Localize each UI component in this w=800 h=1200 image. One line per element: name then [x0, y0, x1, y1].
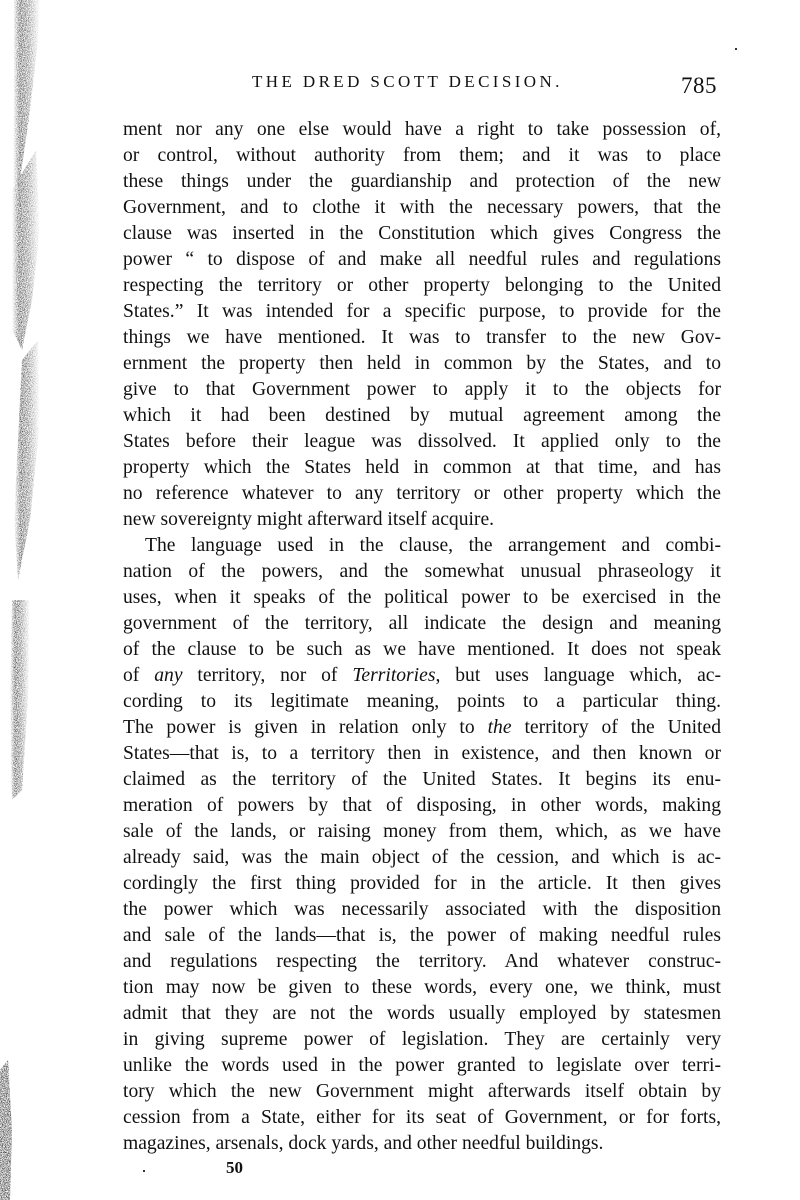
text-line: unlike the words used in the power grant…	[123, 1053, 721, 1079]
text-line: which it had been destined by mutual agr…	[123, 403, 721, 429]
text-line: ment nor any one else would have a right…	[123, 117, 721, 143]
text-line: or control, without authority from them;…	[123, 143, 721, 169]
text-line: States before their league was dissolved…	[123, 429, 721, 455]
page-gutter-shadow	[0, 0, 60, 1200]
text-line: give to that Government power to apply i…	[123, 377, 721, 403]
text-line: already said, was the main object of the…	[123, 845, 721, 871]
text-run: territory, nor of	[183, 665, 353, 686]
text-line: clause was inserted in the Constitution …	[123, 221, 721, 247]
text-line: meration of powers by that of disposing,…	[123, 793, 721, 819]
text-run: The power is given in relation only to	[123, 717, 488, 738]
text-line: of the clause to be such as we have ment…	[123, 637, 721, 663]
paragraph-1: ment nor any one else would have a right…	[123, 117, 721, 533]
text-line: in giving supreme power of legislation. …	[123, 1027, 721, 1053]
text-line: Government, and to clothe it with the ne…	[123, 195, 721, 221]
paragraph-2: The language used in the clause, the arr…	[123, 533, 721, 1157]
text-line: no reference whatever to any territory o…	[123, 481, 721, 507]
text-line: tion may now be given to these words, ev…	[123, 975, 721, 1001]
scan-speck	[143, 1170, 145, 1172]
text-run: territory of the United	[512, 717, 721, 738]
text-line: States—that is, to a territory then in e…	[123, 741, 721, 767]
text-line: States.” It was intended for a specific …	[123, 299, 721, 325]
text-line: cording to its legitimate meaning, point…	[123, 689, 721, 715]
text-line: things we have mentioned. It was to tran…	[123, 325, 721, 351]
italic-run: any	[154, 665, 182, 686]
text-line: cession from a State, either for its sea…	[123, 1105, 721, 1131]
text-line: these things under the guardianship and …	[123, 169, 721, 195]
text-line: and sale of the lands—that is, the power…	[123, 923, 721, 949]
text-line: admit that they are not the words usuall…	[123, 1001, 721, 1027]
text-line: ernment the property then held in common…	[123, 351, 721, 377]
text-line: cordingly the first thing provided for i…	[123, 871, 721, 897]
text-line: respecting the territory or other proper…	[123, 273, 721, 299]
italic-run: the	[488, 717, 512, 738]
text-line: tory which the new Government might afte…	[123, 1079, 721, 1105]
text-line: The language used in the clause, the arr…	[123, 533, 721, 559]
text-line: the power which was necessarily associat…	[123, 897, 721, 923]
text-run: , but uses language which, ac-	[435, 665, 721, 686]
scan-speck	[735, 48, 737, 50]
body-text: ment nor any one else would have a right…	[123, 117, 721, 1157]
text-line: claimed as the territory of the United S…	[123, 767, 721, 793]
page-number: 785	[681, 73, 717, 99]
text-line: and regulations respecting the territory…	[123, 949, 721, 975]
text-line-with-italics: The power is given in relation only to t…	[123, 715, 721, 741]
text-line: nation of the powers, and the somewhat u…	[123, 559, 721, 585]
text-line: sale of the lands, or raising money from…	[123, 819, 721, 845]
text-line: uses, when it speaks of the political po…	[123, 585, 721, 611]
text-run: of	[123, 665, 154, 686]
text-line: government of the territory, all indicat…	[123, 611, 721, 637]
italic-run: Territories	[352, 665, 435, 686]
text-line: magazines, arsenals, dock yards, and oth…	[123, 1131, 721, 1157]
text-line: power “ to dispose of and make all needf…	[123, 247, 721, 273]
text-line: property which the States held in common…	[123, 455, 721, 481]
signature-mark: 50	[226, 1158, 243, 1178]
running-head: THE DRED SCOTT DECISION.	[252, 72, 563, 92]
text-line: new sovereignty might afterward itself a…	[123, 507, 721, 533]
text-line-with-italics: of any territory, nor of Territories, bu…	[123, 663, 721, 689]
